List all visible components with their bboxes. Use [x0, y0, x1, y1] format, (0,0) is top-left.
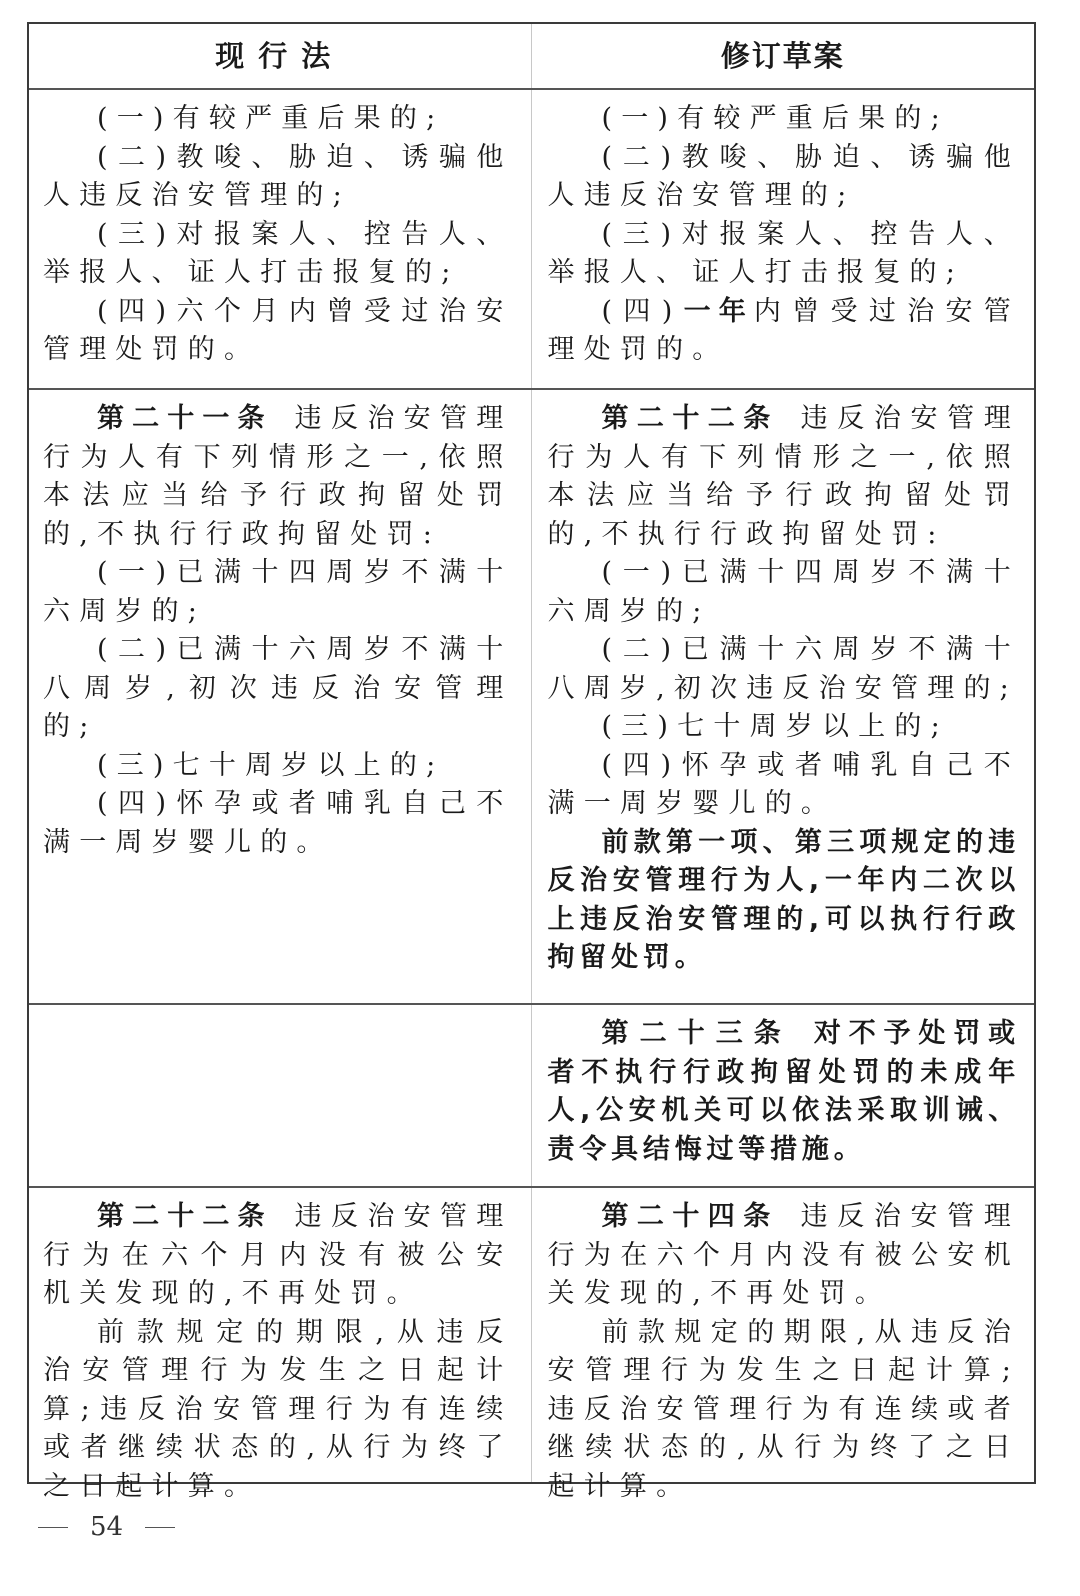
article-paragraph: 第二十一条违反治安管理行为人有下列情形之一,依照本法应当给予行政拘留处罚的,不执… [43, 400, 513, 554]
clause-item: (一)有较严重后果的; [43, 100, 513, 139]
clause-item: (一)有较严重后果的; [548, 100, 1021, 139]
clause-item: (四)怀孕或者哺乳自己不满一周岁婴儿的。 [548, 747, 1021, 824]
article-title: 第二十二条 [97, 1201, 273, 1232]
dash-left [38, 1527, 68, 1528]
clause-item: (一)已满十四周岁不满十六周岁的; [548, 554, 1021, 631]
clause-item: (一)已满十四周岁不满十六周岁的; [43, 554, 513, 631]
article-paragraph-2: 前款规定的期限,从违反治安管理行为发生之日起计算;违反治安管理行为有连续或者继续… [43, 1314, 513, 1507]
article-paragraph-2: 前款规定的期限,从违反治安管理行为发生之日起计算;违反治安管理行为有连续或者继续… [548, 1314, 1021, 1507]
revision-draft-cell: 第二十三条对不予处罚或者不执行行政拘留处罚的未成年人,公安机关可以依法采取训诫、… [532, 1005, 1035, 1186]
dash-right [145, 1527, 175, 1528]
revision-draft-cell: 第二十二条违反治安管理行为人有下列情形之一,依照本法应当给予行政拘留处罚的,不执… [532, 390, 1035, 1003]
clause-item-modified: (四)一年内曾受过治安管理处罚的。 [548, 293, 1021, 370]
article-title: 第二十四条 [602, 1201, 779, 1232]
header-current-law: 现行法 [29, 24, 532, 88]
header-revision-draft: 修订草案 [532, 24, 1035, 88]
article-title: 第二十一条 [97, 403, 273, 434]
current-law-cell-empty [29, 1005, 532, 1186]
current-law-cell: 第二十二条违反治安管理行为在六个月内没有被公安机关发现的,不再处罚。 前款规定的… [29, 1188, 532, 1482]
article-paragraph: 第二十四条违反治安管理行为在六个月内没有被公安机关发现的,不再处罚。 [548, 1198, 1021, 1314]
article-paragraph: 第二十二条违反治安管理行为人有下列情形之一,依照本法应当给予行政拘留处罚的,不执… [548, 400, 1021, 554]
table-row: 第二十三条对不予处罚或者不执行行政拘留处罚的未成年人,公安机关可以依法采取训诫、… [29, 1005, 1034, 1188]
page-footer: 54 [38, 1512, 175, 1542]
current-law-cell: (一)有较严重后果的; (二)教唆、胁迫、诱骗他人违反治安管理的; (三)对报案… [29, 90, 532, 388]
article-title: 第二十二条 [602, 403, 779, 434]
clause-item: (二)教唆、胁迫、诱骗他人违反治安管理的; [43, 139, 513, 216]
revision-draft-cell: 第二十四条违反治安管理行为在六个月内没有被公安机关发现的,不再处罚。 前款规定的… [532, 1188, 1035, 1482]
table-row: (一)有较严重后果的; (二)教唆、胁迫、诱骗他人违反治安管理的; (三)对报案… [29, 90, 1034, 390]
clause-item: (三)七十周岁以上的; [43, 747, 513, 786]
comparison-table: 现行法 修订草案 (一)有较严重后果的; (二)教唆、胁迫、诱骗他人违反治安管理… [27, 22, 1036, 1484]
page-number: 54 [90, 1512, 123, 1542]
clause-prefix: (四) [602, 296, 682, 327]
clause-item: (二)教唆、胁迫、诱骗他人违反治安管理的; [548, 139, 1021, 216]
changed-text: 一年 [681, 296, 753, 327]
current-law-cell: 第二十一条违反治安管理行为人有下列情形之一,依照本法应当给予行政拘留处罚的,不执… [29, 390, 532, 1003]
table-row: 第二十一条违反治安管理行为人有下列情形之一,依照本法应当给予行政拘留处罚的,不执… [29, 390, 1034, 1005]
clause-item: (三)七十周岁以上的; [548, 708, 1021, 747]
clause-item: (四)怀孕或者哺乳自己不满一周岁婴儿的。 [43, 785, 513, 862]
added-paragraph: 前款第一项、第三项规定的违反治安管理行为人,一年内二次以上违反治安管理的,可以执… [548, 824, 1021, 978]
clause-item: (四)六个月内曾受过治安管理处罚的。 [43, 293, 513, 370]
article-title: 第二十三条 [602, 1018, 792, 1049]
clause-item: (二)已满十六周岁不满十八周岁,初次违反治安管理的; [43, 631, 513, 747]
clause-item: (三)对报案人、控告人、举报人、证人打击报复的; [548, 216, 1021, 293]
article-paragraph: 第二十二条违反治安管理行为在六个月内没有被公安机关发现的,不再处罚。 [43, 1198, 513, 1314]
revision-draft-cell: (一)有较严重后果的; (二)教唆、胁迫、诱骗他人违反治安管理的; (三)对报案… [532, 90, 1035, 388]
added-article: 第二十三条对不予处罚或者不执行行政拘留处罚的未成年人,公安机关可以依法采取训诫、… [548, 1015, 1021, 1169]
table-header-row: 现行法 修订草案 [29, 24, 1034, 90]
clause-item: (二)已满十六周岁不满十八周岁,初次违反治安管理的; [548, 631, 1021, 708]
clause-item: (三)对报案人、控告人、举报人、证人打击报复的; [43, 216, 513, 293]
table-row: 第二十二条违反治安管理行为在六个月内没有被公安机关发现的,不再处罚。 前款规定的… [29, 1188, 1034, 1482]
